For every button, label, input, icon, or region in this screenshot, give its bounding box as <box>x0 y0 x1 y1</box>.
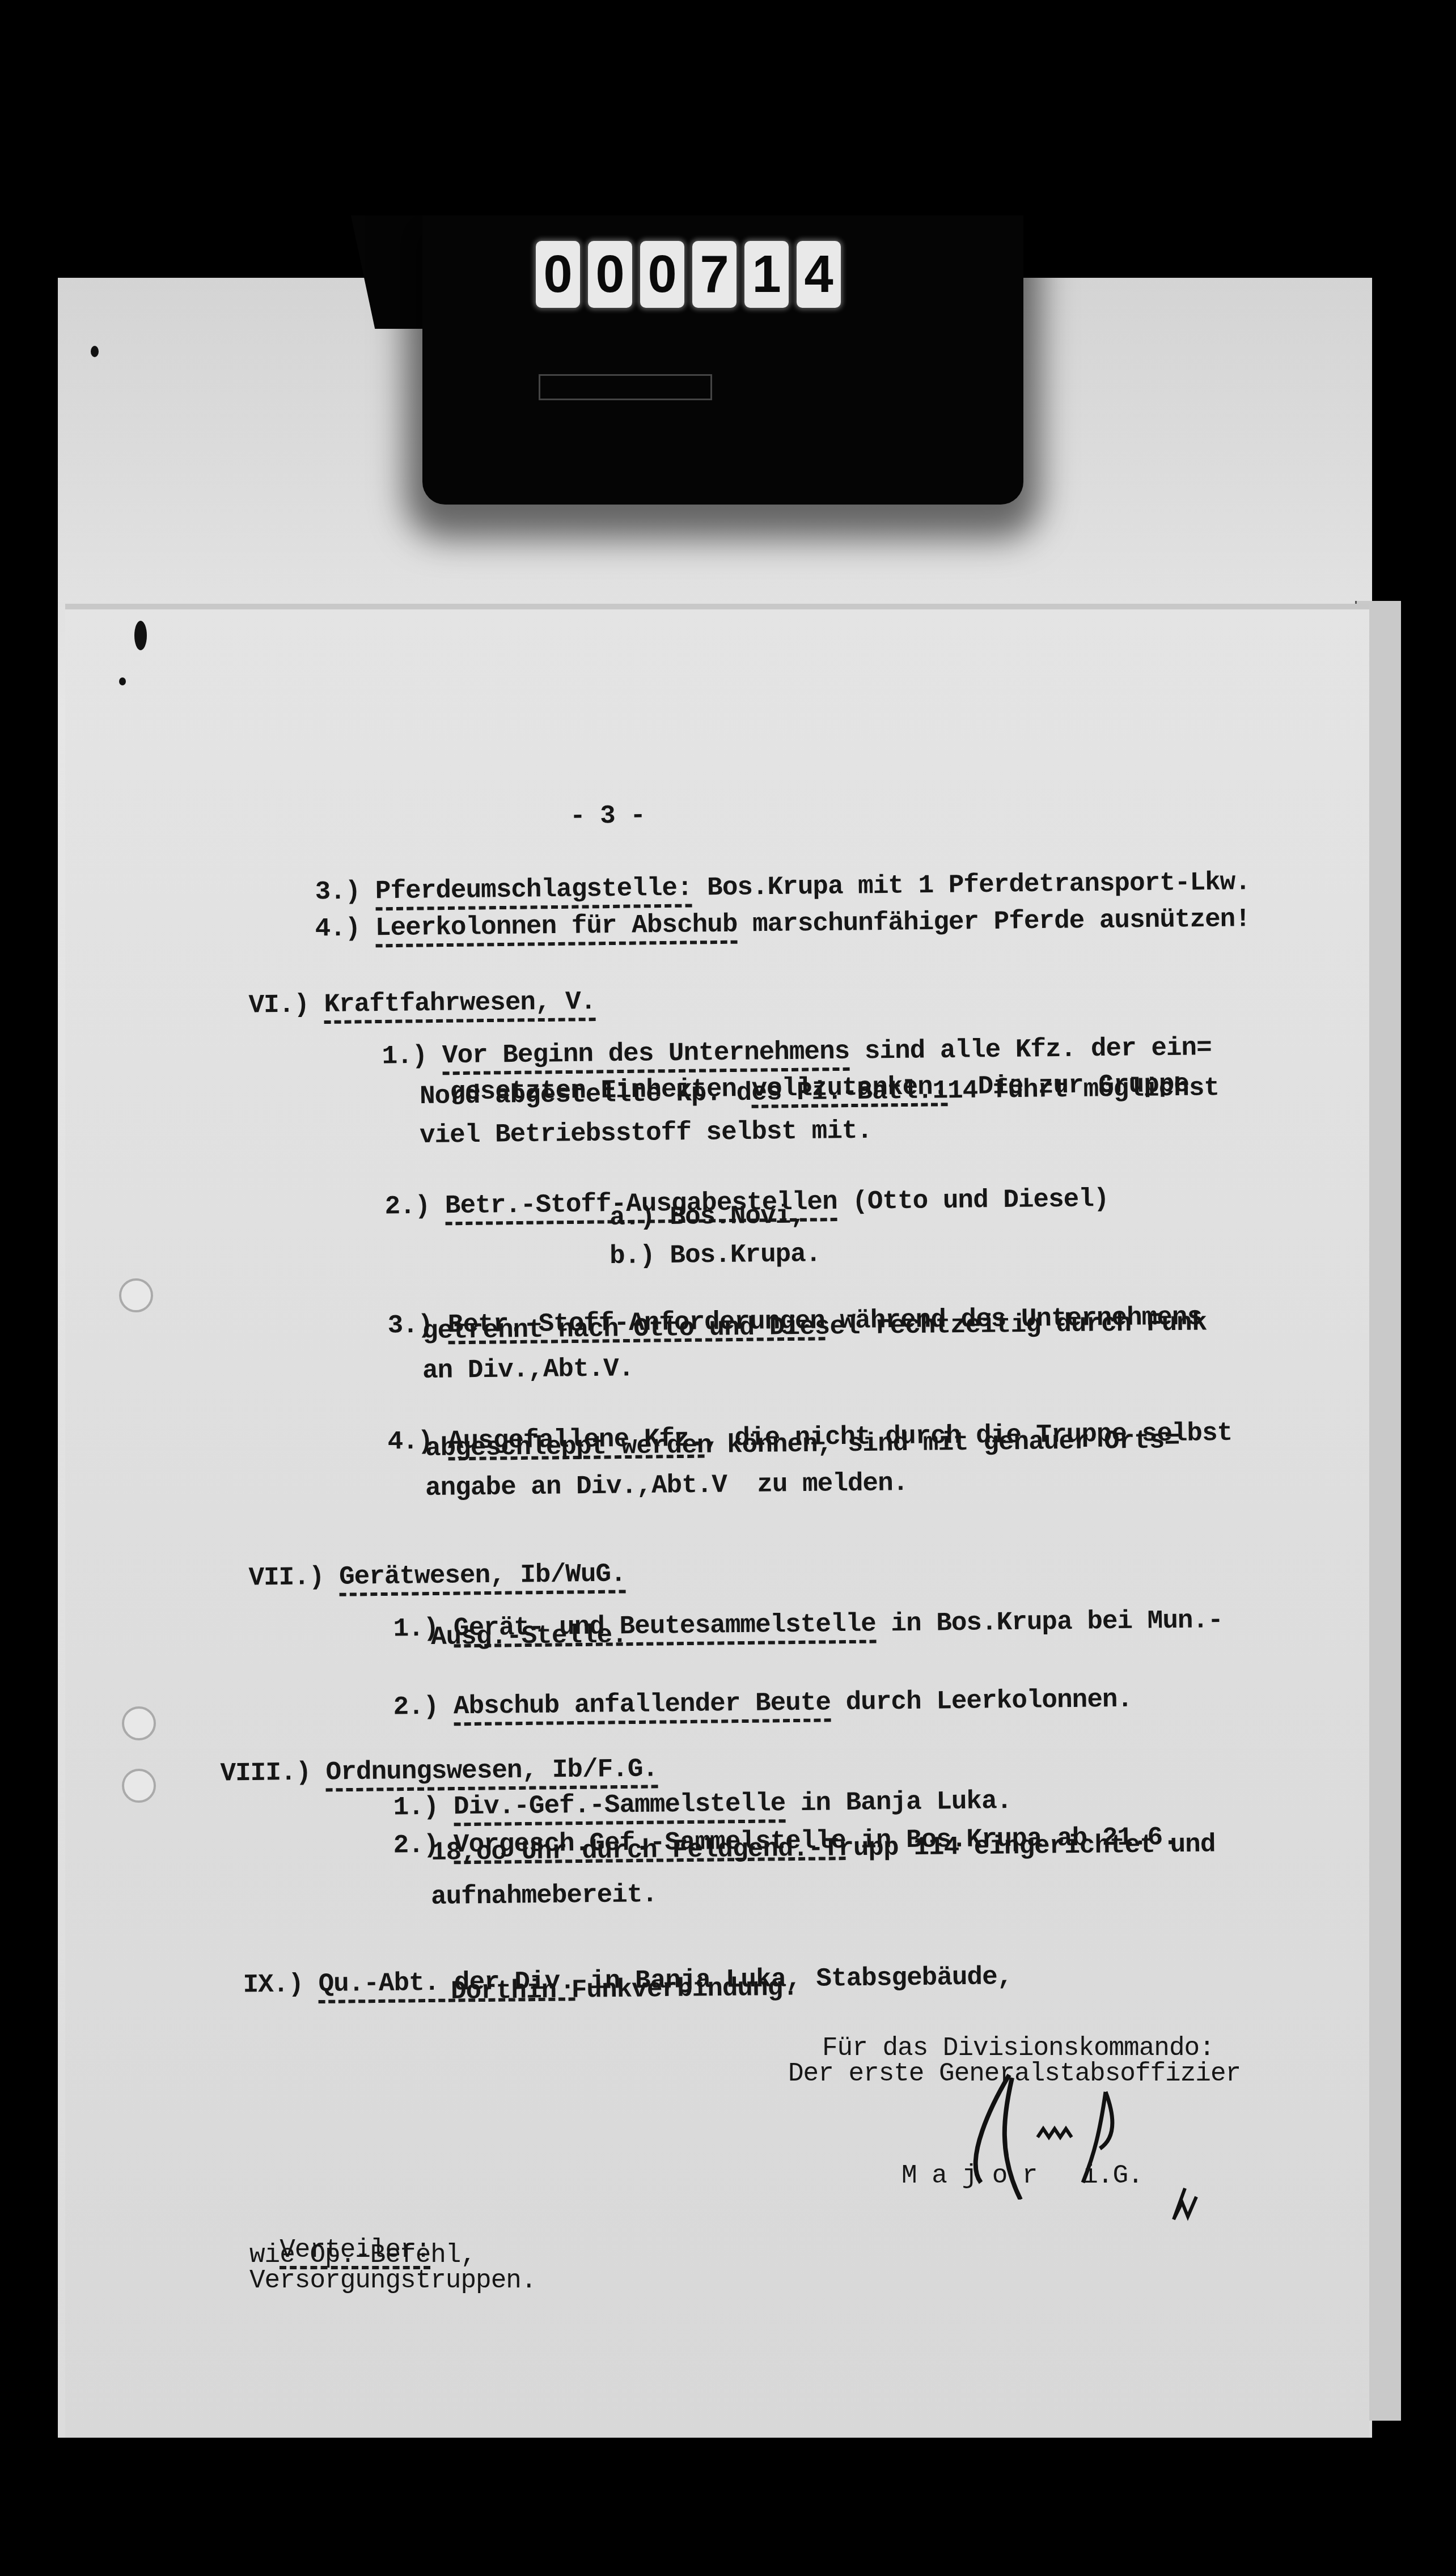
punch-hole <box>122 1769 156 1803</box>
section-number: VII.) <box>248 1562 324 1592</box>
counter-digit: 4 <box>797 241 841 308</box>
sub-item: b.) Bos.Krupa. <box>610 1238 821 1272</box>
item-number: 2.) <box>384 1192 430 1222</box>
item-text-line: viel Betriebsstoff selbst mit. <box>420 1115 873 1151</box>
item-text: marschunfähiger Pferde ausnützen! <box>737 904 1250 939</box>
item-heading: Abschub anfallender Beute <box>454 1688 831 1726</box>
item-text: durch Leerkolonnen. <box>831 1685 1133 1718</box>
item-number: 2.) <box>393 1692 438 1722</box>
punch-hole <box>119 1278 153 1312</box>
item-heading: Leerkolonnen für Abschub <box>375 910 738 948</box>
counter-digit: 0 <box>588 241 632 308</box>
section-number: IX.) <box>243 1969 303 1999</box>
frame-counter: 0 0 0 7 1 4 <box>536 241 841 308</box>
section-number: VIII.) <box>220 1758 311 1789</box>
item-number: 4.) <box>315 914 360 944</box>
sub-item: a.) Bos.Novi, <box>610 1200 806 1234</box>
distribution-line: Versorgungstruppen. <box>249 2265 536 2297</box>
item-text: (Otto und Diesel) <box>837 1184 1108 1217</box>
item-text-line: Dorthin Funkverbindung. <box>451 1972 798 2007</box>
counter-digit: 0 <box>536 241 580 308</box>
initial-mark <box>1168 2185 1202 2225</box>
ink-spot <box>91 346 99 357</box>
item-text-line: Ausg.-Stelle. <box>431 1619 627 1653</box>
counter-digit: 1 <box>744 241 789 308</box>
ink-mark <box>119 677 126 685</box>
page-number: - 3 - <box>570 800 646 832</box>
item-text: in Bos.Krupa bei Mun.- <box>876 1605 1223 1638</box>
counter-label-plate <box>539 374 712 400</box>
section-number: VI.) <box>248 990 309 1020</box>
counter-digit: 7 <box>692 241 737 308</box>
item-text-line: aufnahmebereit. <box>431 1879 658 1913</box>
counter-digit: 0 <box>640 241 684 308</box>
item-text-line: angabe an Div.,Abt.V zu melden. <box>425 1467 908 1504</box>
list-item: 2.) Abschub anfallender Beute durch Leer… <box>362 1652 1132 1723</box>
list-item: 4.) Leerkolonnen für Abschub marschunfäh… <box>284 871 1250 945</box>
signature-rank: M a j o r i.G. <box>901 2160 1143 2192</box>
item-text-line: an Div.,Abt.V. <box>422 1353 634 1387</box>
punch-hole <box>122 1706 156 1740</box>
ink-mark <box>134 621 147 650</box>
